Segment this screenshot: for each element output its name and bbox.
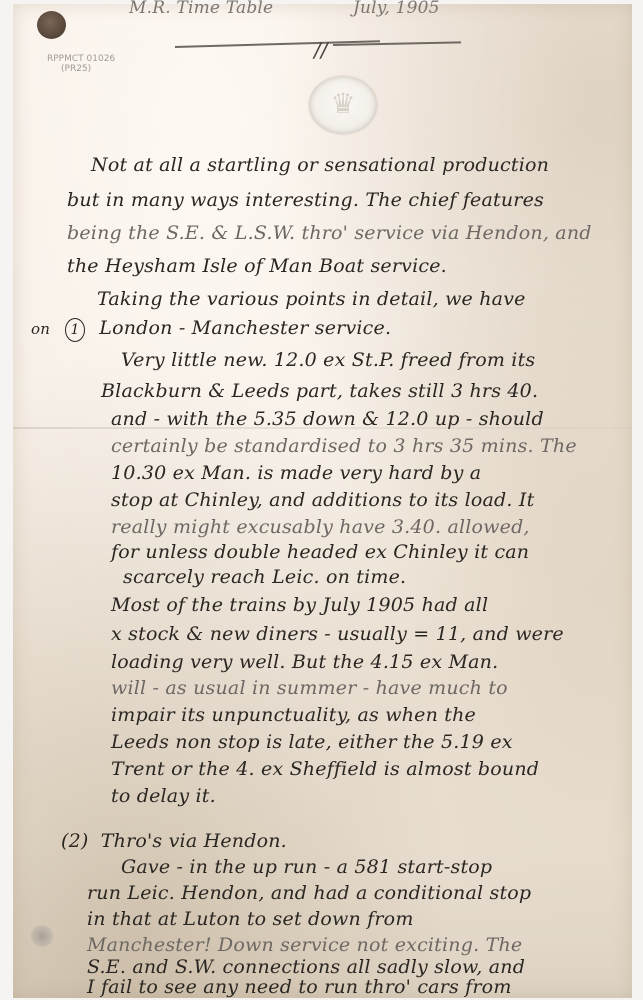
section-1-line: will - as usual in summer - have much to [111, 677, 508, 699]
punch-hole-icon [37, 11, 66, 39]
section-1-line: impair its unpunctuality, as when the [111, 704, 476, 726]
section-number: 1 [65, 318, 85, 342]
section-1-line: and - with the 5.35 down & 12.0 up - sho… [111, 408, 544, 430]
margin-label: on [31, 320, 50, 338]
image-frame: M.R. Time Table July, 1905 RPPMCT 01026 … [0, 0, 643, 1000]
document-title: M.R. Time Table [129, 0, 273, 18]
section-1-line: x stock & new diners - usually = 11, and… [111, 623, 564, 645]
section-1-line: for unless double headed ex Chinley it c… [111, 541, 529, 563]
section-number: (2) [61, 830, 89, 852]
intro-line: the Heysham Isle of Man Boat service. [67, 255, 447, 277]
section-2-heading: (2) Thro's via Hendon. [61, 830, 287, 852]
section-2-line: S.E. and S.W. connections all sadly slow… [87, 956, 525, 978]
section-1-line: to delay it. [111, 785, 216, 807]
reference-mark: RPPMCT 01026 (PR25) [47, 54, 115, 74]
punch-hole-icon [31, 925, 53, 947]
section-heading-text: London - Manchester service. [99, 317, 391, 339]
manuscript-page: M.R. Time Table July, 1905 RPPMCT 01026 … [13, 4, 632, 998]
section-1-line: scarcely reach Leic. on time. [123, 566, 406, 588]
section-1-line: 10.30 ex Man. is made very hard by a [111, 462, 481, 484]
taking-line: Taking the various points in detail, we … [97, 288, 526, 310]
section-2-line: run Leic. Hendon, and had a conditional … [87, 882, 531, 904]
reference-line-2: (PR25) [47, 64, 115, 74]
reference-line-1: RPPMCT 01026 [47, 54, 115, 64]
separator-mark: // [314, 38, 327, 62]
crest-icon: ♛ [325, 86, 361, 122]
section-1-line: really might excusably have 3.40. allowe… [111, 516, 530, 538]
intro-line: Not at all a startling or sensational pr… [91, 154, 549, 176]
section-1-line: Trent or the 4. ex Sheffield is almost b… [111, 758, 539, 780]
section-2-line: in that at Luton to set down from [87, 908, 414, 930]
section-1-line: Leeds non stop is late, either the 5.19 … [111, 731, 513, 753]
section-heading-text: Thro's via Hendon. [101, 830, 287, 852]
section-1-line: Most of the trains by July 1905 had all [111, 594, 488, 616]
section-1-line: stop at Chinley, and additions to its lo… [111, 489, 534, 511]
section-2-line: Manchester! Down service not exciting. T… [87, 934, 522, 956]
intro-line: being the S.E. & L.S.W. thro' service vi… [67, 222, 592, 244]
intro-line: but in many ways interesting. The chief … [67, 189, 544, 211]
section-1-line: certainly be standardised to 3 hrs 35 mi… [111, 435, 577, 457]
document-date: July, 1905 [353, 0, 440, 18]
section-1-heading: 1 London - Manchester service. [65, 317, 391, 342]
section-2-line: I fail to see any need to run thro' cars… [87, 976, 512, 998]
embossed-seal-icon: ♛ [309, 76, 377, 134]
section-1-line: Blackburn & Leeds part, takes still 3 hr… [101, 380, 538, 402]
section-1-line: loading very well. But the 4.15 ex Man. [111, 651, 498, 673]
section-1-line: Very little new. 12.0 ex St.P. freed fro… [121, 349, 535, 371]
section-2-line: Gave - in the up run - a 581 start-stop [121, 856, 492, 878]
